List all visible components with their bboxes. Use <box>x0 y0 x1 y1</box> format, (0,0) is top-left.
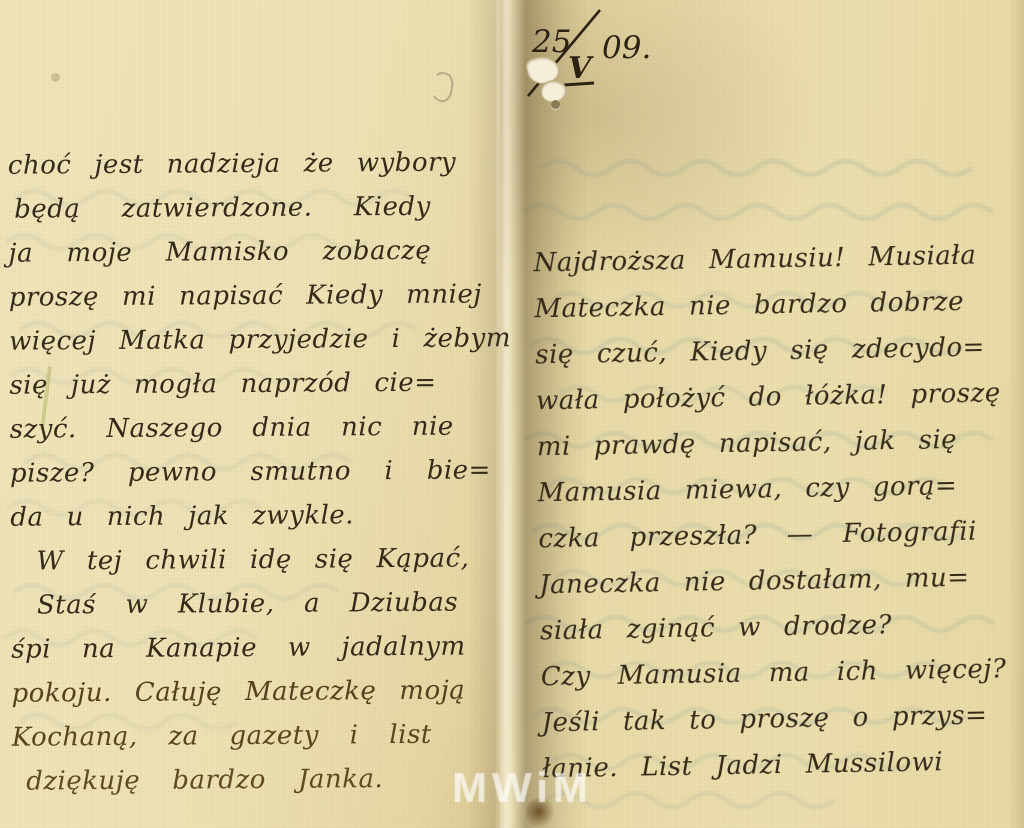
paper-hole <box>551 100 560 109</box>
handwritten-line: się już mogła naprzód cie= <box>9 360 495 407</box>
handwritten-line: szyć. Naszego dnia nic nie <box>10 404 496 451</box>
handwritten-line: da u nich jak zwykle. <box>10 492 496 539</box>
handwritten-line: Jeśli tak to proszę o przys= <box>541 692 1024 746</box>
handwritten-line: śpi na Kanapie w jadalnym <box>11 624 497 671</box>
handwritten-line: W tej chwili idę się Kąpać, <box>36 536 496 583</box>
date-inscription: 25 V 09. <box>470 2 680 114</box>
right-page-text: Najdroższa Mamusiu! Musiała Mateczka nie… <box>533 232 1024 792</box>
handwritten-line: więcej Matka przyjedzie i żebym <box>9 316 495 363</box>
handwritten-line: Czy Mamusia ma ich więcej? <box>540 646 1024 700</box>
date-month-underline <box>564 83 594 85</box>
handwritten-line: będą zatwierdzone. Kiedy <box>14 184 494 231</box>
handwritten-line: łanie. List Jadzi Mussilowi <box>542 738 1024 792</box>
handwritten-line: ja moje Mamisko zobaczę <box>8 228 494 275</box>
handwritten-line: Janeczka nie dostałam, mu= <box>539 554 1024 608</box>
left-page-text: choć jest nadzieja że wybory będą zatwie… <box>8 140 499 803</box>
paper-speck <box>51 73 60 82</box>
handwritten-line: pokoju. Całuję Mateczkę moją <box>11 668 497 715</box>
handwritten-line: dziękuję bardzo Janka. <box>26 756 498 803</box>
handwritten-line: pisze? pewno smutno i bie= <box>10 448 496 495</box>
date-day: 25 <box>531 24 571 60</box>
date-month: V <box>568 51 594 86</box>
date-year: 09. <box>602 30 651 66</box>
handwritten-line: choć jest nadzieja że wybory <box>8 140 494 187</box>
handwritten-line: Kochaną, za gazety i list <box>12 712 498 759</box>
handwritten-line: Staś w Klubie, a Dziubas <box>37 580 497 627</box>
letter-scan: 25 V 09. choć jest nadzieja że wybory bę… <box>0 0 1024 828</box>
handwritten-line: proszę mi napisać Kiedy mniej <box>9 272 495 319</box>
watermark: MWiM <box>452 764 593 812</box>
